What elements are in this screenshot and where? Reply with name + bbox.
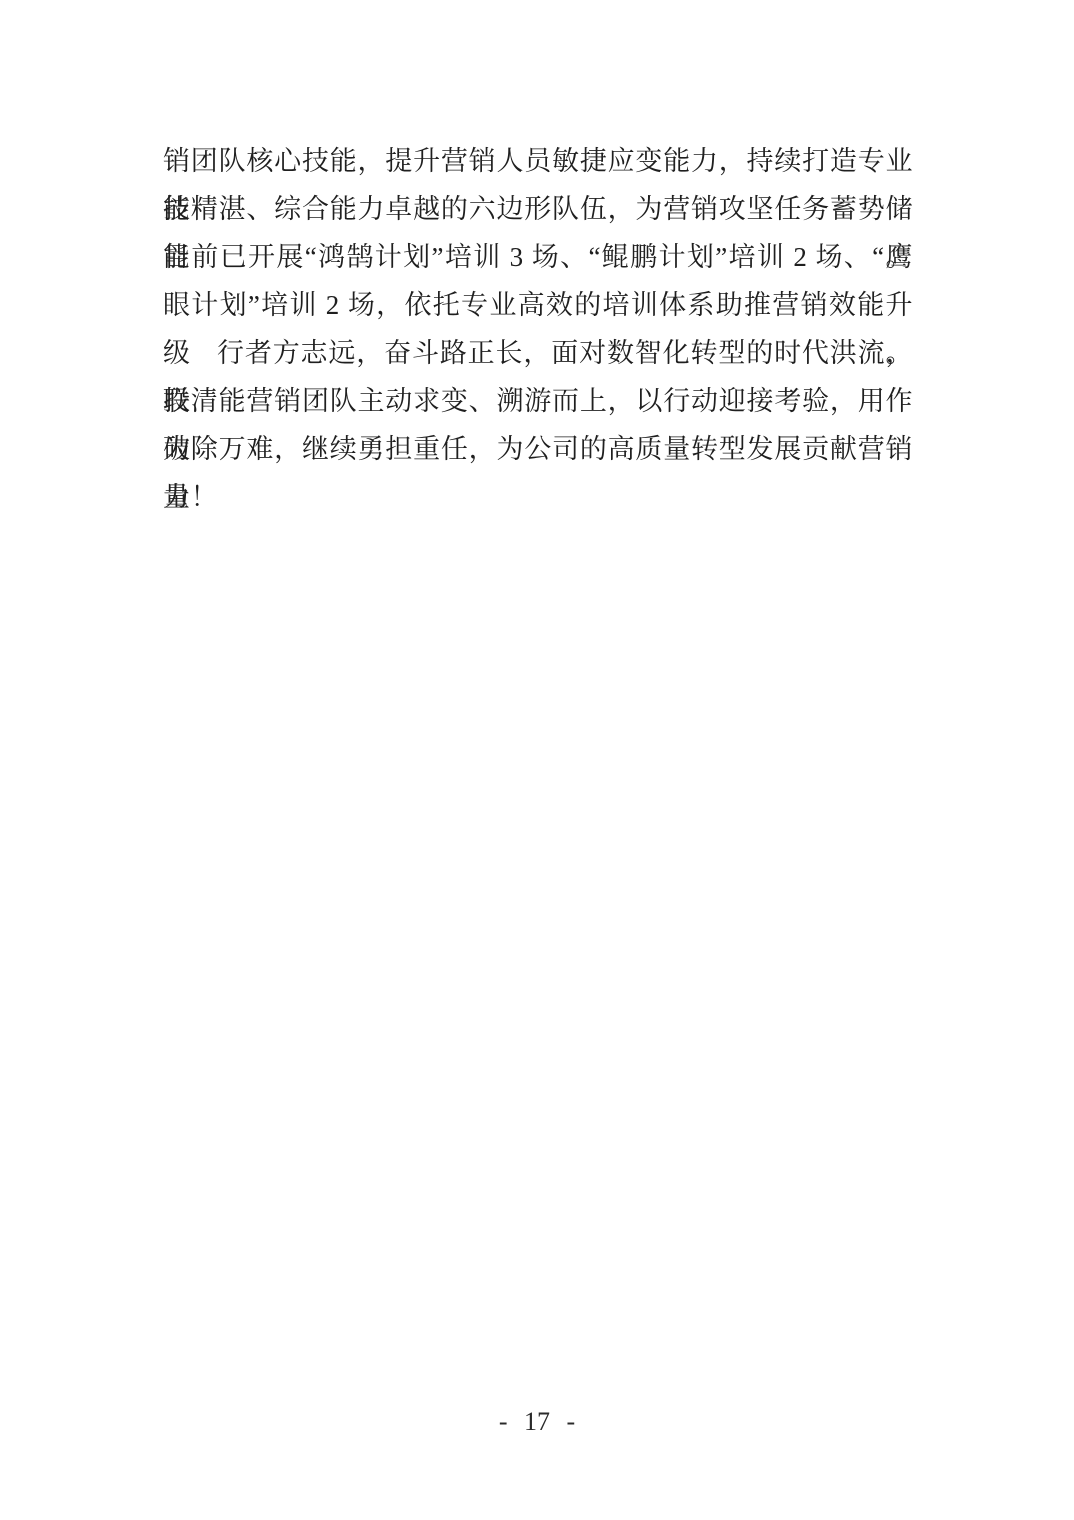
text-line: 量！ [163,473,913,521]
text-line: 眼计划”培训 2 场，依托专业高效的培训体系助推营销效能升级。 [163,281,913,329]
paragraph-2: 行者方志远，奋斗路正长，面对数智化转型的时代洪流，联 投清能营销团队主动求变、溯… [163,329,913,521]
text-line: 行者方志远，奋斗路正长，面对数智化转型的时代洪流，联 [163,329,913,377]
document-page: 销团队核心技能，提升营销人员敏捷应变能力，持续打造专业技 能精湛、综合能力卓越的… [0,0,1074,1520]
page-number: - 17 - [0,1406,1074,1438]
text-line: 能精湛、综合能力卓越的六边形队伍，为营销攻坚任务蓄势储能。 [163,185,913,233]
text-line: 目前已开展“鸿鹄计划”培训 3 场、“鲲鹏计划”培训 2 场、“鹰 [163,233,913,281]
body-text: 销团队核心技能，提升营销人员敏捷应变能力，持续打造专业技 能精湛、综合能力卓越的… [163,137,913,521]
text-line: 销团队核心技能，提升营销人员敏捷应变能力，持续打造专业技 [163,137,913,185]
text-line: 投清能营销团队主动求变、溯游而上，以行动迎接考验，用作为 [163,377,913,425]
text-line: 破除万难，继续勇担重任，为公司的高质量转型发展贡献营销力 [163,425,913,473]
paragraph-1: 销团队核心技能，提升营销人员敏捷应变能力，持续打造专业技 能精湛、综合能力卓越的… [163,137,913,329]
